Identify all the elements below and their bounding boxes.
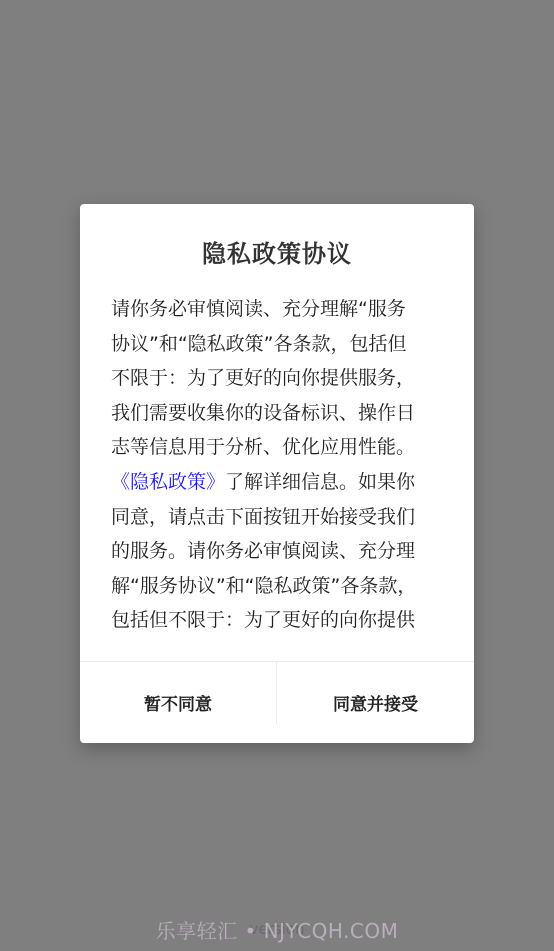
accept-button[interactable]: 同意并接受 — [277, 662, 474, 743]
policy-line: 同意，请点击下面按钮开始接受我们 — [111, 500, 437, 535]
policy-line: 请你务必审慎阅读、充分理解“服务 — [111, 292, 437, 327]
policy-line: 《隐私政策》了解详细信息。如果你 — [111, 465, 437, 500]
policy-content[interactable]: 请你务必审慎阅读、充分理解“服务 协议”和“隐私政策”各条款，包括但 不限于：为… — [111, 292, 437, 632]
policy-line: 协议”和“隐私政策”各条款，包括但 — [111, 327, 437, 362]
policy-line: 我们需要收集你的设备标识、操作日 — [111, 396, 437, 431]
privacy-policy-link[interactable]: 《隐私政策》 — [111, 471, 225, 493]
policy-line: 的服务。请你务必审慎阅读、充分理 — [111, 534, 437, 569]
policy-line: 志等信息用于分析、优化应用性能。 — [111, 430, 437, 465]
policy-text: 了解详细信息。如果你 — [225, 471, 415, 493]
policy-line: 不限于：为了更好的向你提供服务， — [111, 361, 437, 396]
dialog-title: 隐私政策协议 — [80, 234, 474, 269]
privacy-policy-dialog: 隐私政策协议 请你务必审慎阅读、充分理解“服务 协议”和“隐私政策”各条款，包括… — [80, 204, 474, 743]
policy-line: 包括但不限于：为了更好的向你提供 — [111, 603, 437, 632]
decline-button[interactable]: 暂不同意 — [80, 662, 276, 743]
policy-line: 解“服务协议”和“隐私政策”各条款， — [111, 569, 437, 604]
watermark: 乐享轻汇 • NJYCQH.COM — [0, 915, 554, 944]
